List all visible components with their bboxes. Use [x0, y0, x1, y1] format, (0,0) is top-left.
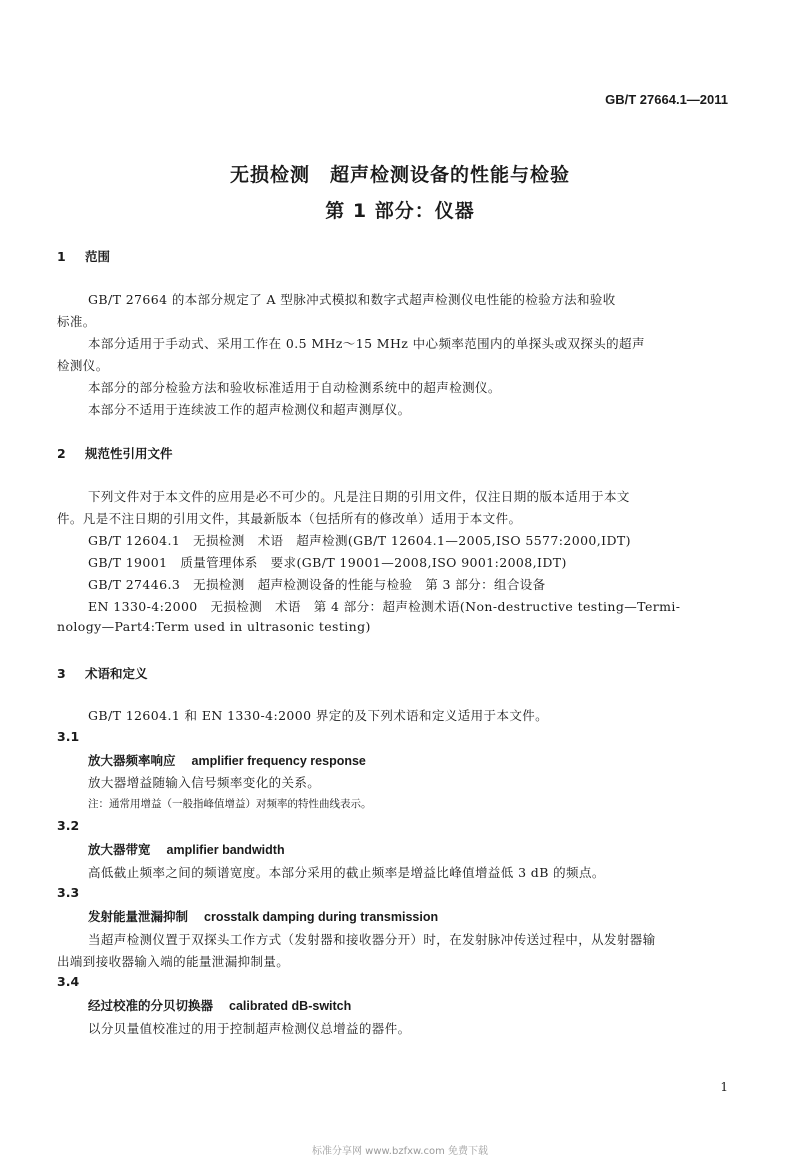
section-number: 1 — [57, 249, 85, 264]
term-definition: 以分贝量值校准过的用于控制超声检测仪总增益的器件。 — [88, 1019, 411, 1037]
paragraph: GB/T 27664 的本部分规定了 A 型脉冲式模拟和数字式超声检测仪电性能的… — [88, 290, 616, 308]
paragraph: 本部分适用于手动式、采用工作在 0.5 MHz～15 MHz 中心频率范围内的单… — [88, 334, 645, 352]
section-number: 3 — [57, 666, 85, 681]
term-definition-continued: 出端到接收器输入端的能量泄漏抑制量。 — [57, 952, 289, 970]
reference-item: GB/T 27446.3 无损检测 超声检测设备的性能与检验 第 3 部分：组合… — [88, 575, 546, 593]
term-definition: 高低截止频率之间的频谱宽度。本部分采用的截止频率是增益比峰值增益低 3 dB 的… — [88, 863, 605, 881]
document-title: 无损检测 超声检测设备的性能与检验 — [0, 160, 800, 187]
term-cn: 发射能量泄漏抑制 — [88, 909, 188, 924]
term-en: crosstalk damping during transmission — [204, 910, 438, 924]
reference-item-continued: nology—Part4:Term used in ultrasonic tes… — [57, 619, 371, 634]
term-heading: 放大器频率响应amplifier frequency response — [88, 751, 366, 769]
term-en: amplifier bandwidth — [167, 843, 285, 857]
paragraph: 检测仪。 — [57, 356, 109, 374]
clause-number: 3.3 — [57, 885, 79, 900]
paragraph: GB/T 12604.1 和 EN 1330-4:2000 界定的及下列术语和定… — [88, 706, 548, 724]
paragraph: 件。凡是不注日期的引用文件，其最新版本（包括所有的修改单）适用于本文件。 — [57, 509, 521, 527]
section-number: 2 — [57, 446, 85, 461]
term-cn: 放大器频率响应 — [88, 753, 176, 768]
section-title: 规范性引用文件 — [85, 446, 173, 461]
paragraph: 下列文件对于本文件的应用是必不可少的。凡是注日期的引用文件，仅注日期的版本适用于… — [88, 487, 630, 505]
term-en: amplifier frequency response — [192, 754, 366, 768]
section-heading-terms: 3术语和定义 — [57, 664, 148, 682]
term-heading: 放大器带宽amplifier bandwidth — [88, 840, 285, 858]
section-title: 术语和定义 — [85, 666, 148, 681]
term-en: calibrated dB-switch — [229, 999, 351, 1013]
reference-item: GB/T 19001 质量管理体系 要求(GB/T 19001—2008,ISO… — [88, 553, 567, 571]
paragraph: 本部分的部分检验方法和验收标准适用于自动检测系统中的超声检测仪。 — [88, 378, 501, 396]
paragraph: 标准。 — [57, 312, 96, 330]
page-number: 1 — [720, 1080, 728, 1094]
clause-number: 3.1 — [57, 729, 79, 744]
term-cn: 放大器带宽 — [88, 842, 151, 857]
section-heading-scope: 1范围 — [57, 247, 110, 265]
term-heading: 经过校准的分贝切换器calibrated dB-switch — [88, 996, 351, 1014]
section-heading-normative-references: 2规范性引用文件 — [57, 444, 173, 462]
footer-watermark: 标准分享网 www.bzfxw.com 免费下载 — [0, 1142, 800, 1157]
document-subtitle: 第 1 部分：仪器 — [0, 196, 800, 223]
term-definition: 当超声检测仪置于双探头工作方式（发射器和接收器分开）时，在发射脉冲传送过程中，从… — [88, 930, 656, 948]
clause-number: 3.2 — [57, 818, 79, 833]
term-note: 注：通常用增益（一般指峰值增益）对频率的特性曲线表示。 — [88, 796, 372, 811]
standard-number: GB/T 27664.1—2011 — [605, 92, 728, 107]
reference-item: GB/T 12604.1 无损检测 术语 超声检测(GB/T 12604.1—2… — [88, 531, 631, 549]
term-heading: 发射能量泄漏抑制crosstalk damping during transmi… — [88, 907, 438, 925]
clause-number: 3.4 — [57, 974, 79, 989]
section-title: 范围 — [85, 249, 110, 264]
term-definition: 放大器增益随输入信号频率变化的关系。 — [88, 773, 320, 791]
term-cn: 经过校准的分贝切换器 — [88, 998, 213, 1013]
reference-item: EN 1330-4:2000 无损检测 术语 第 4 部分：超声检测术语(Non… — [88, 597, 680, 615]
paragraph: 本部分不适用于连续波工作的超声检测仪和超声测厚仪。 — [88, 400, 411, 418]
